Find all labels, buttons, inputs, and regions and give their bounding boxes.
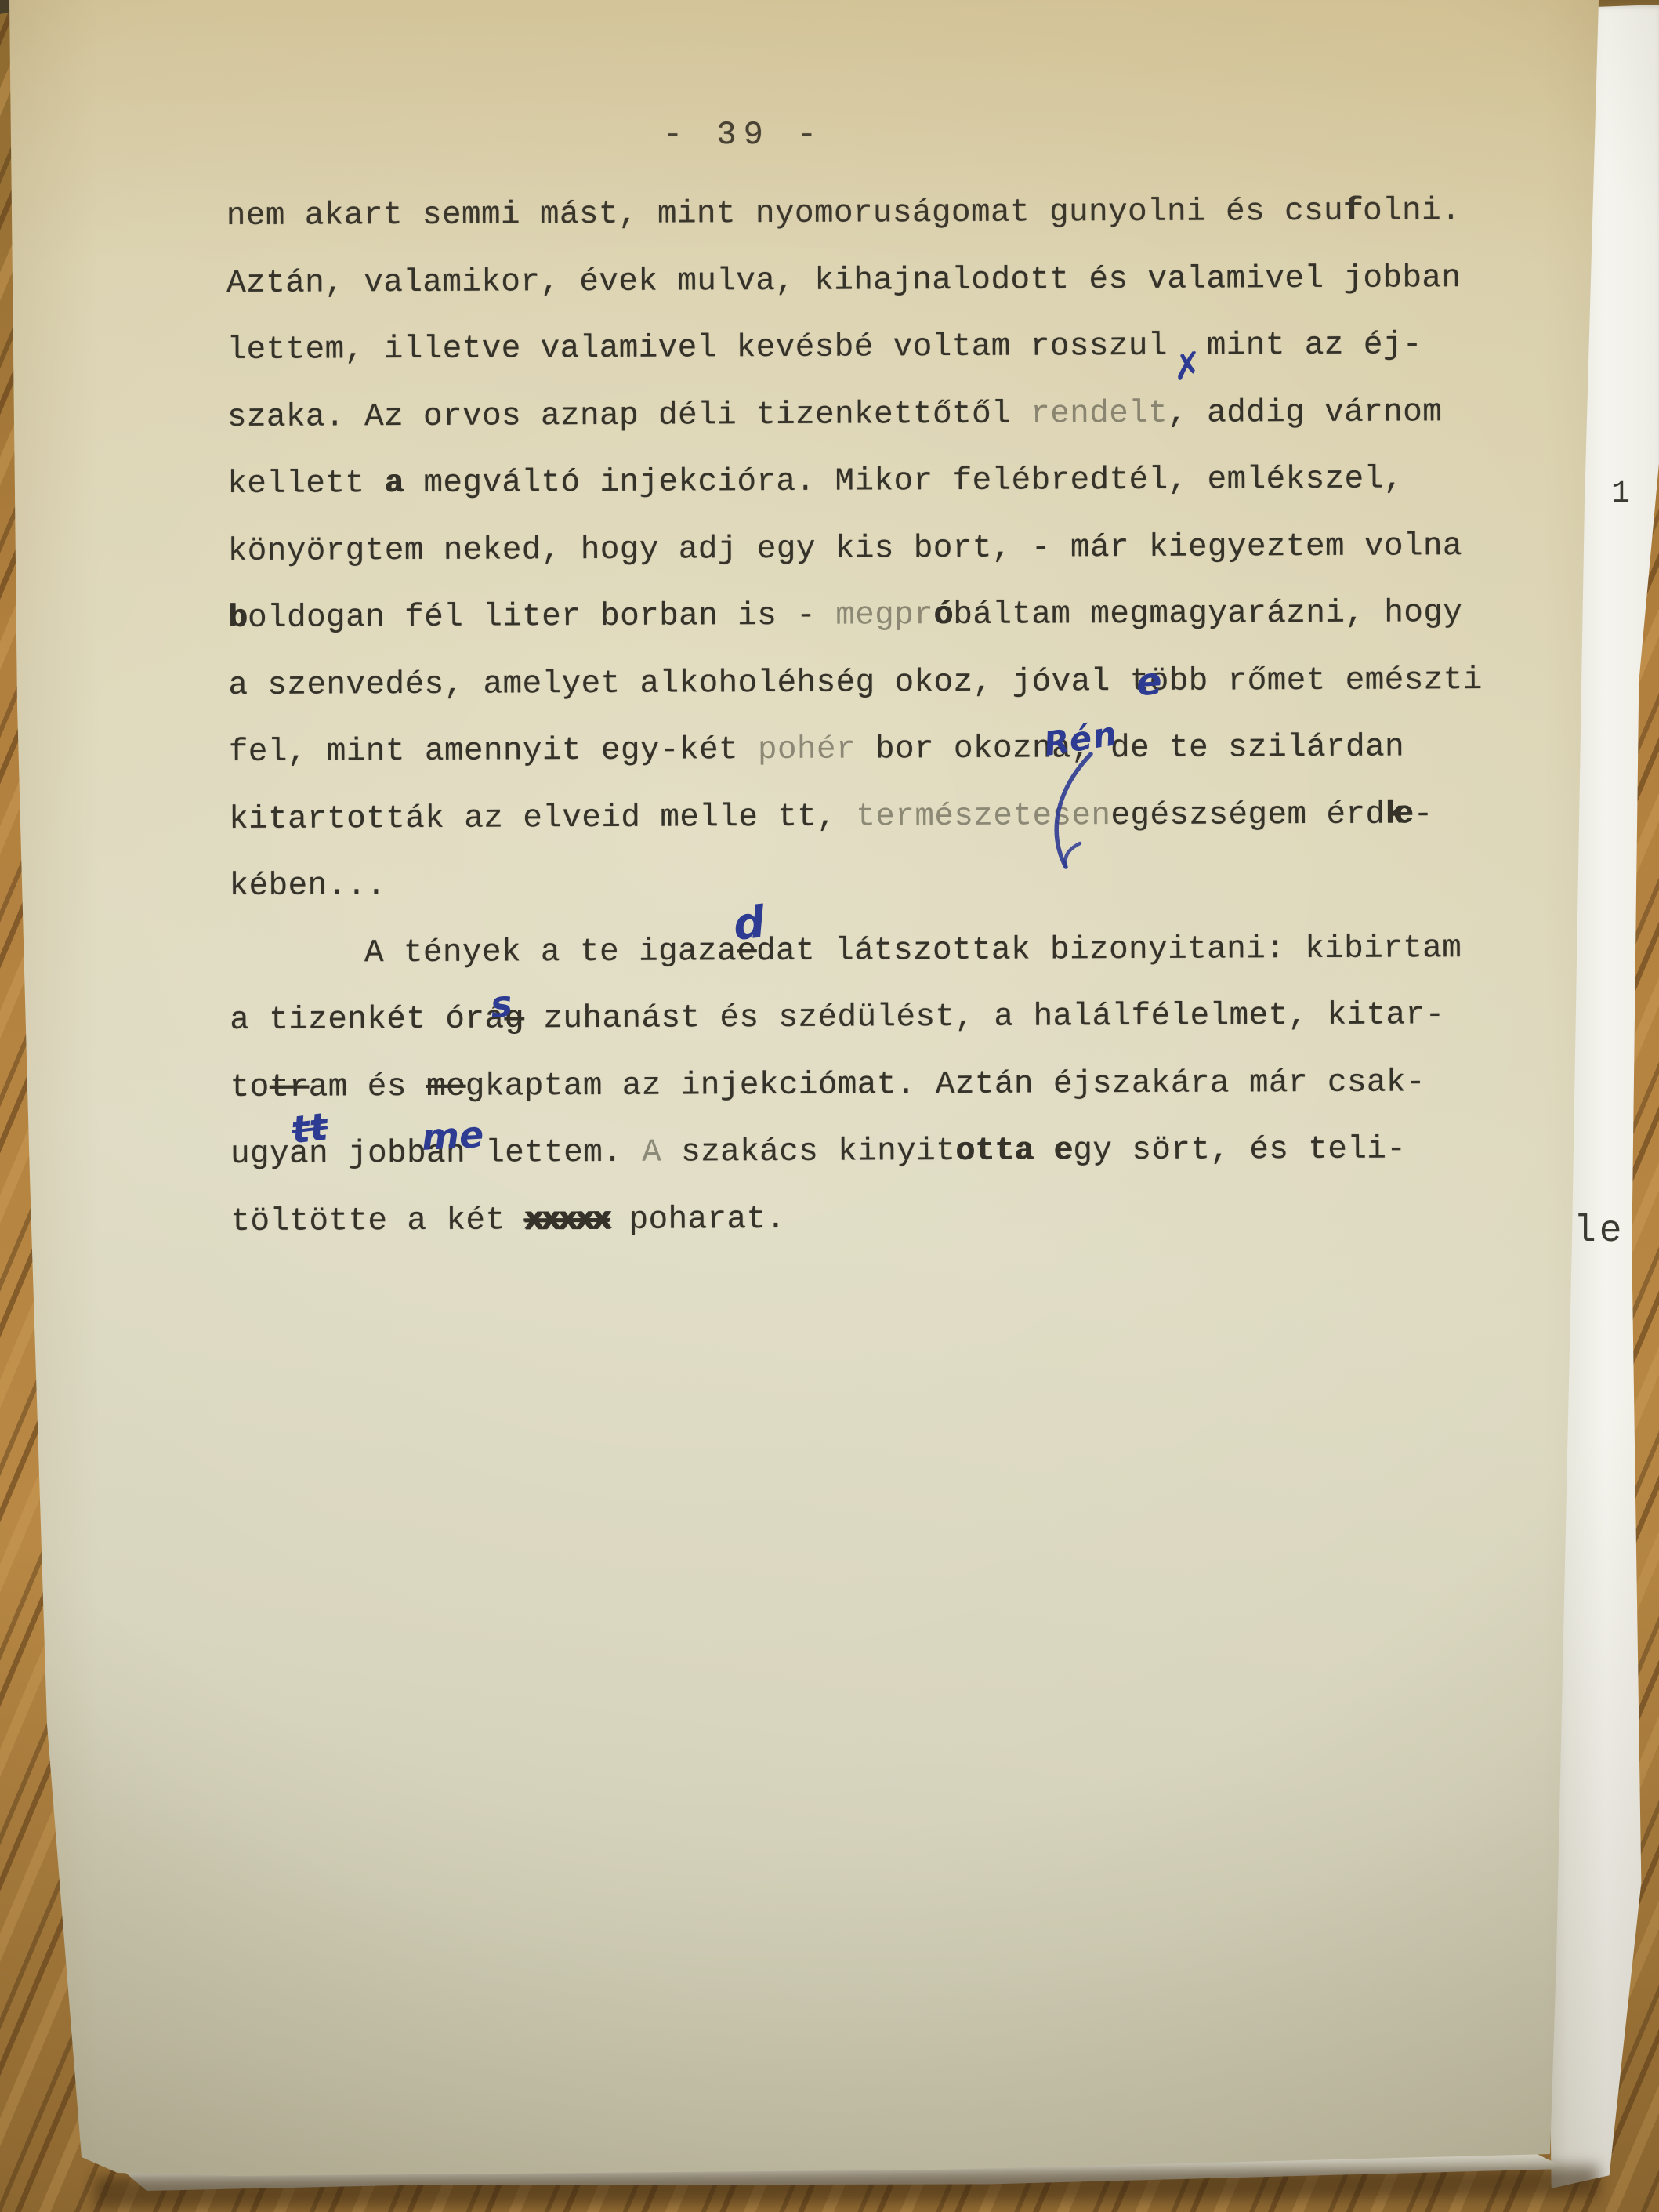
text-segment: [1034, 1133, 1053, 1169]
text-line: a szenvedés, amelyet alkoholéhség okoz, …: [1, 647, 1659, 721]
text-segment: tr: [270, 1069, 309, 1105]
text-segment: ugyan jobban lettem.: [230, 1135, 642, 1173]
text-segment: bor okozna, de te szilárdan: [856, 729, 1404, 767]
text-segment: otta: [955, 1133, 1034, 1169]
manuscript-page: - 39 - nem akart semmi mást, mint nyomor…: [0, 0, 1659, 2212]
text-segment: Aztán, valamikor, évek mulva, kihajnalod…: [226, 260, 1461, 302]
text-segment: A tények a te igaza: [364, 934, 737, 971]
text-segment: e: [737, 934, 756, 970]
text-segment: gkaptam az injekciómat. Aztán éjszakára …: [465, 1064, 1425, 1104]
text-segment: me: [426, 1068, 465, 1104]
text-segment: megváltó injekcióra. Mikor felébredtél, …: [404, 461, 1403, 502]
text-line: lettem, illetve valamivel kevésbé voltam…: [0, 311, 1659, 386]
text-line: A tények a te igazaedat látszottak bizon…: [2, 915, 1659, 989]
text-line: totram és megkaptam az injekciómat. Aztá…: [3, 1049, 1659, 1123]
text-line: a tizenkét órág zuhanást és szédülést, a…: [2, 981, 1659, 1056]
typewritten-text-block: nem akart semmi mást, mint nyomoruságoma…: [0, 177, 1659, 1256]
text-segment: A: [642, 1135, 661, 1171]
insertion-caret-mark: [1039, 743, 1117, 876]
text-segment: a tizenkét órá: [230, 1002, 504, 1039]
page-number: - 39 -: [663, 111, 824, 158]
text-segment: olni.: [1363, 193, 1461, 230]
text-line: szaka. Az orvos aznap déli tizenkettőtől…: [0, 379, 1659, 453]
text-segment: ó: [933, 597, 953, 633]
text-segment: egészségem érd: [1110, 796, 1385, 834]
text-segment: zuhanást és szédülést, a halálfélelmet, …: [523, 997, 1444, 1037]
text-line: kitartották az elveid melle tt, természe…: [2, 781, 1659, 855]
text-segment: nem akart semmi mást, mint nyomoruságoma…: [226, 194, 1343, 234]
text-segment: lettem, illetve valamivel kevésbé voltam…: [227, 328, 1168, 368]
under-sheet-fragment-bottom: le: [1574, 1210, 1625, 1253]
text-segment: pohér: [758, 732, 856, 769]
text-segment: fel, mint amennyit egy-két: [229, 732, 758, 771]
text-line: kellett a megváltó injekcióra. Mikor fel…: [0, 445, 1659, 520]
text-segment: b: [228, 600, 248, 636]
text-segment: báltam megmagyarázni, hogy: [953, 595, 1462, 633]
text-segment: to: [230, 1069, 270, 1105]
text-segment: kellett: [227, 466, 384, 502]
text-segment: e: [1053, 1133, 1073, 1169]
text-segment: , addig várnom: [1168, 394, 1442, 432]
text-segment: a: [384, 466, 404, 502]
text-segment: kitartották az elveid melle tt,: [229, 799, 856, 837]
text-line: töltötte a két xxxxx poharat.: [3, 1183, 1659, 1257]
text-segment: megpr: [835, 597, 933, 634]
under-sheet-fragment-top: 1: [1611, 477, 1630, 512]
text-line: boldogan fél liter borban is - megpróbál…: [1, 579, 1659, 654]
text-segment: szakács kinyit: [661, 1133, 955, 1171]
text-segment: kében...: [230, 868, 386, 905]
text-segment: xxxxx: [524, 1202, 609, 1238]
text-segment: [1168, 328, 1207, 364]
text-segment: gy sört, és teli-: [1073, 1131, 1406, 1169]
text-segment: rendelt: [1031, 395, 1168, 432]
text-segment: a szenvedés, amelyet alkoholéhség okoz, …: [228, 663, 1227, 704]
text-segment: rőmet emészti: [1228, 662, 1483, 699]
text-line: Aztán, valamikor, évek mulva, kihajnalod…: [0, 245, 1658, 319]
text-line: nem akart semmi mást, mint nyomoruságoma…: [0, 177, 1658, 252]
text-segment: am és: [309, 1068, 426, 1105]
text-segment: poharat.: [609, 1201, 785, 1238]
text-segment: g: [504, 1001, 523, 1037]
text-line: kében...: [2, 847, 1659, 922]
text-line: könyörgtem neked, hogy adj egy kis bort,…: [1, 513, 1659, 587]
text-segment: f: [1343, 194, 1363, 230]
text-segment: könyörgtem neked, hogy adj egy kis bort,…: [228, 528, 1462, 570]
text-segment: mint az éj-: [1207, 327, 1422, 364]
text-segment: szaka. Az orvos aznap déli tizenkettőtől: [227, 396, 1031, 435]
text-line: fel, mint amennyit egy-két pohér bor oko…: [2, 713, 1659, 788]
text-segment: oldogan fél liter borban is -: [248, 598, 835, 636]
text-segment: dat látszottak bizonyitani: kibirtam: [756, 930, 1462, 970]
text-segment: -: [1414, 796, 1433, 832]
text-segment: ke: [1385, 796, 1403, 832]
text-line: ugyan jobban lettem. A szakács kinyitott…: [3, 1115, 1659, 1190]
text-segment: töltötte a két: [230, 1202, 524, 1240]
